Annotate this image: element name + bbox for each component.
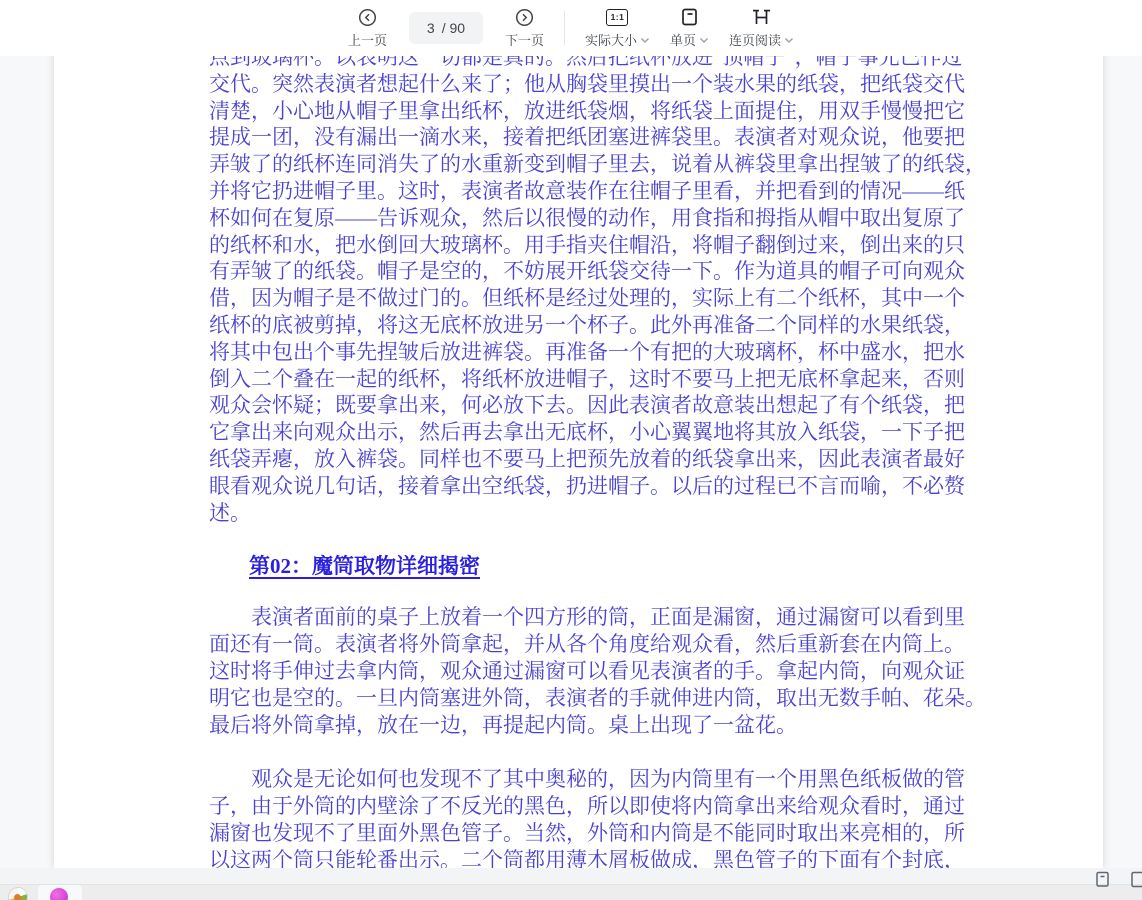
section-heading-text: 第02：魔筒取物详细揭密 <box>249 554 480 578</box>
paragraph-3: 观众是无论如何也发现不了其中奥秘的，因为内筒里有一个用黑色纸板做的管子，由于外筒… <box>209 766 952 868</box>
text-line: 以这两个筒只能轮番出示。二个筒都用薄木屑板做成，黑色管子的下面有个封底， <box>209 847 952 868</box>
one-to-one-ratio-icon: 1:1 <box>606 7 628 27</box>
prev-page-label: 上一页 <box>348 30 387 49</box>
paragraph-2: 表演者面前的桌子上放着一个四方形的筒，正面是漏窗，通过漏窗可以看到里面还有一筒。… <box>209 604 952 738</box>
page-total-value: / 90 <box>442 20 465 36</box>
app-icon-magenta-circle <box>50 888 68 900</box>
text-line: 观众会怀疑；既要拿出来，何必放下去。因此表演者故意装出想起了有个纸袋，把 <box>209 392 952 419</box>
text-line: 眼看观众说几句话，接着拿出空纸袋，扔进帽子。以后的过程已不言而喻，不必赘 <box>209 473 952 500</box>
status-bar-icons <box>1095 870 1142 888</box>
text-line: 有弄皱了的纸袋。帽子是空的，不妨展开纸袋交待一下。作为道具的帽子可向观众 <box>209 258 952 285</box>
page-content: 点到玻璃杯。以表明这一切都是真的。然后把纸杯放进“顶帽子”，帽子事先已作过交代。… <box>54 44 1103 868</box>
taskbar <box>0 884 1142 900</box>
chevron-down-icon <box>699 32 709 47</box>
page-layout-icon[interactable] <box>1095 871 1110 888</box>
app-icon-green-circle[interactable] <box>8 887 28 900</box>
prev-page-button[interactable]: 上一页 <box>338 4 397 52</box>
text-line: 面还有一筒。表演者将外筒拿起，并从各个角度给观众看，然后重新套在内筒上。 <box>209 631 952 658</box>
page-current-value: 3 <box>427 20 435 36</box>
toolbar-divider <box>564 11 565 45</box>
actual-size-button[interactable]: 1:1 实际大小 <box>575 4 660 52</box>
single-page-label: 单页 <box>670 30 696 49</box>
text-line: 子，由于外筒的内壁涂了不反光的黑色，所以即使将内筒拿出来给观众看时，通过 <box>209 793 952 820</box>
panel-icon[interactable] <box>1130 871 1142 888</box>
text-line: 漏窗也发现不了里面外黑色管子。当然，外筒和内筒是不能同时取出来亮相的，所 <box>209 820 952 847</box>
text-line: 纸袋弄瘪，放入裤袋。同样也不要马上把预先放着的纸袋拿出来，因此表演者最好 <box>209 446 952 473</box>
document-viewer: 点到玻璃杯。以表明这一切都是真的。然后把纸杯放进“顶帽子”，帽子事先已作过交代。… <box>0 0 1142 868</box>
text-line: 最后将外筒拿掉，放在一边，再提起内筒。桌上出现了一盆花。 <box>209 712 952 739</box>
chevron-down-icon <box>784 32 794 47</box>
reader-status-bar <box>0 868 1142 884</box>
text-line: 借，因为帽子是不做过门的。但纸杯是经过处理的，实际上有二个纸杯，其中一个 <box>209 285 952 312</box>
text-line: 它拿出来向观众出示，然后再去拿出无底杯，小心翼翼地将其放入纸袋，一下子把 <box>209 419 952 446</box>
page-number-input[interactable]: 3 / 90 <box>409 12 483 44</box>
text-line: 并将它扔进帽子里。这时，表演者故意装作在往帽子里看，并把看到的情况——纸 <box>209 178 952 205</box>
text-line: 表演者面前的桌子上放着一个四方形的筒，正面是漏窗，通过漏窗可以看到里 <box>209 604 952 631</box>
text-line: 提成一团，没有漏出一滴水来，接着把纸团塞进裤袋里。表演者对观众说，他要把 <box>209 124 952 151</box>
text-line: 交代。突然表演者想起什么来了；他从胸袋里摸出一个装水果的纸袋，把纸袋交代 <box>209 71 952 98</box>
text-line: 的纸杯和水，把水倒回大玻璃杯。用手指夹住帽沿，将帽子翻倒过来，倒出来的只 <box>209 232 952 259</box>
text-line: 述。 <box>209 500 952 527</box>
text-line: 观众是无论如何也发现不了其中奥秘的，因为内筒里有一个用黑色纸板做的管 <box>209 766 952 793</box>
text-line: 纸杯的底被剪掉，将这无底杯放进另一个杯子。此外再准备二个同样的水果纸袋， <box>209 312 952 339</box>
section-heading: 第02：魔筒取物详细揭密 <box>209 552 952 580</box>
text-line: 倒入二个叠在一起的纸杯，将纸杯放进帽子，这时不要马上把无底杯拿起来，否则 <box>209 366 952 393</box>
text-line: 杯如何在复原——告诉观众，然后以很慢的动作，用食指和拇指从帽中取出复原了 <box>209 205 952 232</box>
paragraph-1: 点到玻璃杯。以表明这一切都是真的。然后把纸杯放进“顶帽子”，帽子事先已作过交代。… <box>209 44 952 526</box>
text-line: 明它也是空的。一旦内筒塞进外筒，表演者的手就伸进内筒，取出无数手帕、花朵。 <box>209 685 952 712</box>
continuous-reading-label: 连页阅读 <box>729 30 781 49</box>
text-line: 弄皱了的纸杯连同消失了的水重新变到帽子里去，说着从裤袋里拿出捏皱了的纸袋， <box>209 151 952 178</box>
reader-toolbar: 上一页 3 / 90 下一页 1:1 实际大小 <box>0 0 1142 56</box>
next-page-button[interactable]: 下一页 <box>495 4 554 52</box>
circle-chevron-left-icon <box>358 7 377 27</box>
circle-chevron-right-icon <box>515 7 534 27</box>
text-line: 这时将手伸过去拿内筒，观众通过漏窗可以看见表演者的手。拿起内筒，向观众证 <box>209 658 952 685</box>
single-page-button[interactable]: 单页 <box>660 4 719 52</box>
text-line: 将其中包出个事先捏皱后放进裤袋。再准备一个有把的大玻璃杯，杯中盛水，把水 <box>209 339 952 366</box>
document-page: 点到玻璃杯。以表明这一切都是真的。然后把纸杯放进“顶帽子”，帽子事先已作过交代。… <box>54 0 1103 868</box>
linked-pages-icon <box>751 7 772 27</box>
chevron-down-icon <box>640 32 650 47</box>
actual-size-label: 实际大小 <box>585 30 637 49</box>
continuous-reading-button[interactable]: 连页阅读 <box>719 4 804 52</box>
active-taskbar-tile[interactable] <box>38 885 82 900</box>
next-page-label: 下一页 <box>505 30 544 49</box>
text-line: 清楚，小心地从帽子里拿出纸杯，放进纸袋烟，将纸袋上面提住，用双手慢慢把它 <box>209 98 952 125</box>
single-page-icon <box>680 7 699 27</box>
